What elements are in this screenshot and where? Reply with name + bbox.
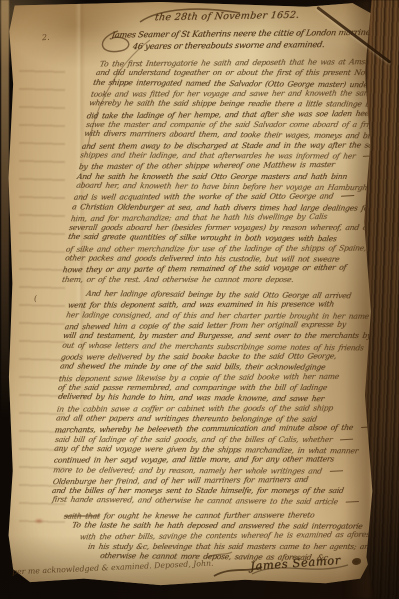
manuscript-line: in his study &c, beleevinge that his sai…: [87, 543, 374, 551]
manuscript-line: and is well acquainted with the worke of…: [73, 193, 355, 202]
margin-mark: 2.: [42, 33, 50, 43]
manuscript-line: and shewed the minde by one of the said …: [59, 363, 326, 372]
manuscript-line: any of the said voyage were given by the…: [54, 444, 359, 454]
manuscript-line: howe they or any parte of them remained …: [62, 264, 346, 274]
manuscript-line: and the billes of her moneys sent to Sta…: [51, 487, 344, 495]
manuscript-line: this deponent sawe likewise by a copie o…: [58, 372, 339, 382]
deponent-intro-line-2: 46 yeares or thereabouts sworne and exam…: [132, 39, 325, 51]
manuscript-line: went for this deponent saith, and was ex…: [67, 301, 334, 310]
manuscript-line: severall goods aboard her (besides forme…: [68, 224, 391, 232]
manuscript-line: goods were delivered by the said booke b…: [60, 352, 337, 361]
line-filler-dash: [330, 470, 343, 472]
margin-mark: (: [34, 294, 38, 303]
manuscript-line: To the laste he saith he hath deposed an…: [71, 521, 363, 530]
manuscript-line: him, and for marchandize; and that he ha…: [70, 213, 327, 223]
struck-out-text: saith that: [63, 511, 100, 520]
manuscript-line: and all other papers and writinges there…: [55, 414, 317, 423]
manuscript-line: with the other bills, savinge the conten…: [79, 531, 381, 541]
manuscript-line: out of whose letters and the merchants s…: [62, 341, 365, 351]
manuscript-line: her ladinge consigned, and of this and h…: [65, 311, 369, 320]
photo-background: the 28th of November 1652. James Seamer …: [0, 0, 399, 599]
manuscript-line: with divers marriners aboard them, and t…: [84, 130, 379, 140]
manuscript-line: marchants, whereby he beleeveth the comm…: [54, 424, 375, 434]
heading-date: the 28th of November 1652.: [154, 10, 300, 24]
manuscript-line: tooke and was fitted for her voyage and …: [90, 89, 375, 98]
manuscript-line: first hande answered, and otherwise he c…: [52, 496, 360, 506]
manuscript-line: And he saith he knoweth the said Otto Ge…: [76, 173, 347, 181]
manuscript-line: and shewed him a copie of the said lette…: [64, 321, 346, 331]
manuscript-line: shippes and their ladinge, and that afte…: [79, 151, 377, 160]
manuscript-line: the said greate quantities of silke wrou…: [68, 233, 338, 243]
manuscript-line: said bill of ladinge of the said goods, …: [54, 436, 354, 444]
manuscript-line: the shippe interrogated named the Salvad…: [93, 78, 372, 88]
manuscript-line: other packes and goods delivered into hi…: [64, 254, 340, 263]
manuscript-line: continued in her sayd voyage, and little…: [53, 456, 334, 465]
manuscript-line: of the said passe remembred, and compari…: [57, 384, 327, 392]
manuscript-line: them, or of the rest. And otherwise he c…: [61, 276, 294, 284]
handwriting-layer: the 28th of November 1652. James Seamer …: [0, 0, 399, 599]
red-smudge: [34, 518, 44, 524]
manuscript-line: by the master of the other shippe whereo…: [78, 161, 335, 171]
manuscript-line: And her ladinge aforesaid beinge by the …: [86, 290, 352, 300]
manuscript-line: more to be delivered; and by reason, nam…: [52, 466, 343, 475]
manuscript-line: in the cabbin sawe a coffer or cabinet w…: [56, 404, 333, 413]
notarial-subscription: per me acknowledged & examined. Deposed,…: [12, 559, 214, 577]
manuscript-line: delivered by his hande to him, and was m…: [58, 393, 325, 403]
manuscript-line: saith thatfor ought he knewe he cannot f…: [63, 511, 315, 520]
manuscript-line: Oldenburge her freind, and of her will m…: [52, 476, 309, 486]
